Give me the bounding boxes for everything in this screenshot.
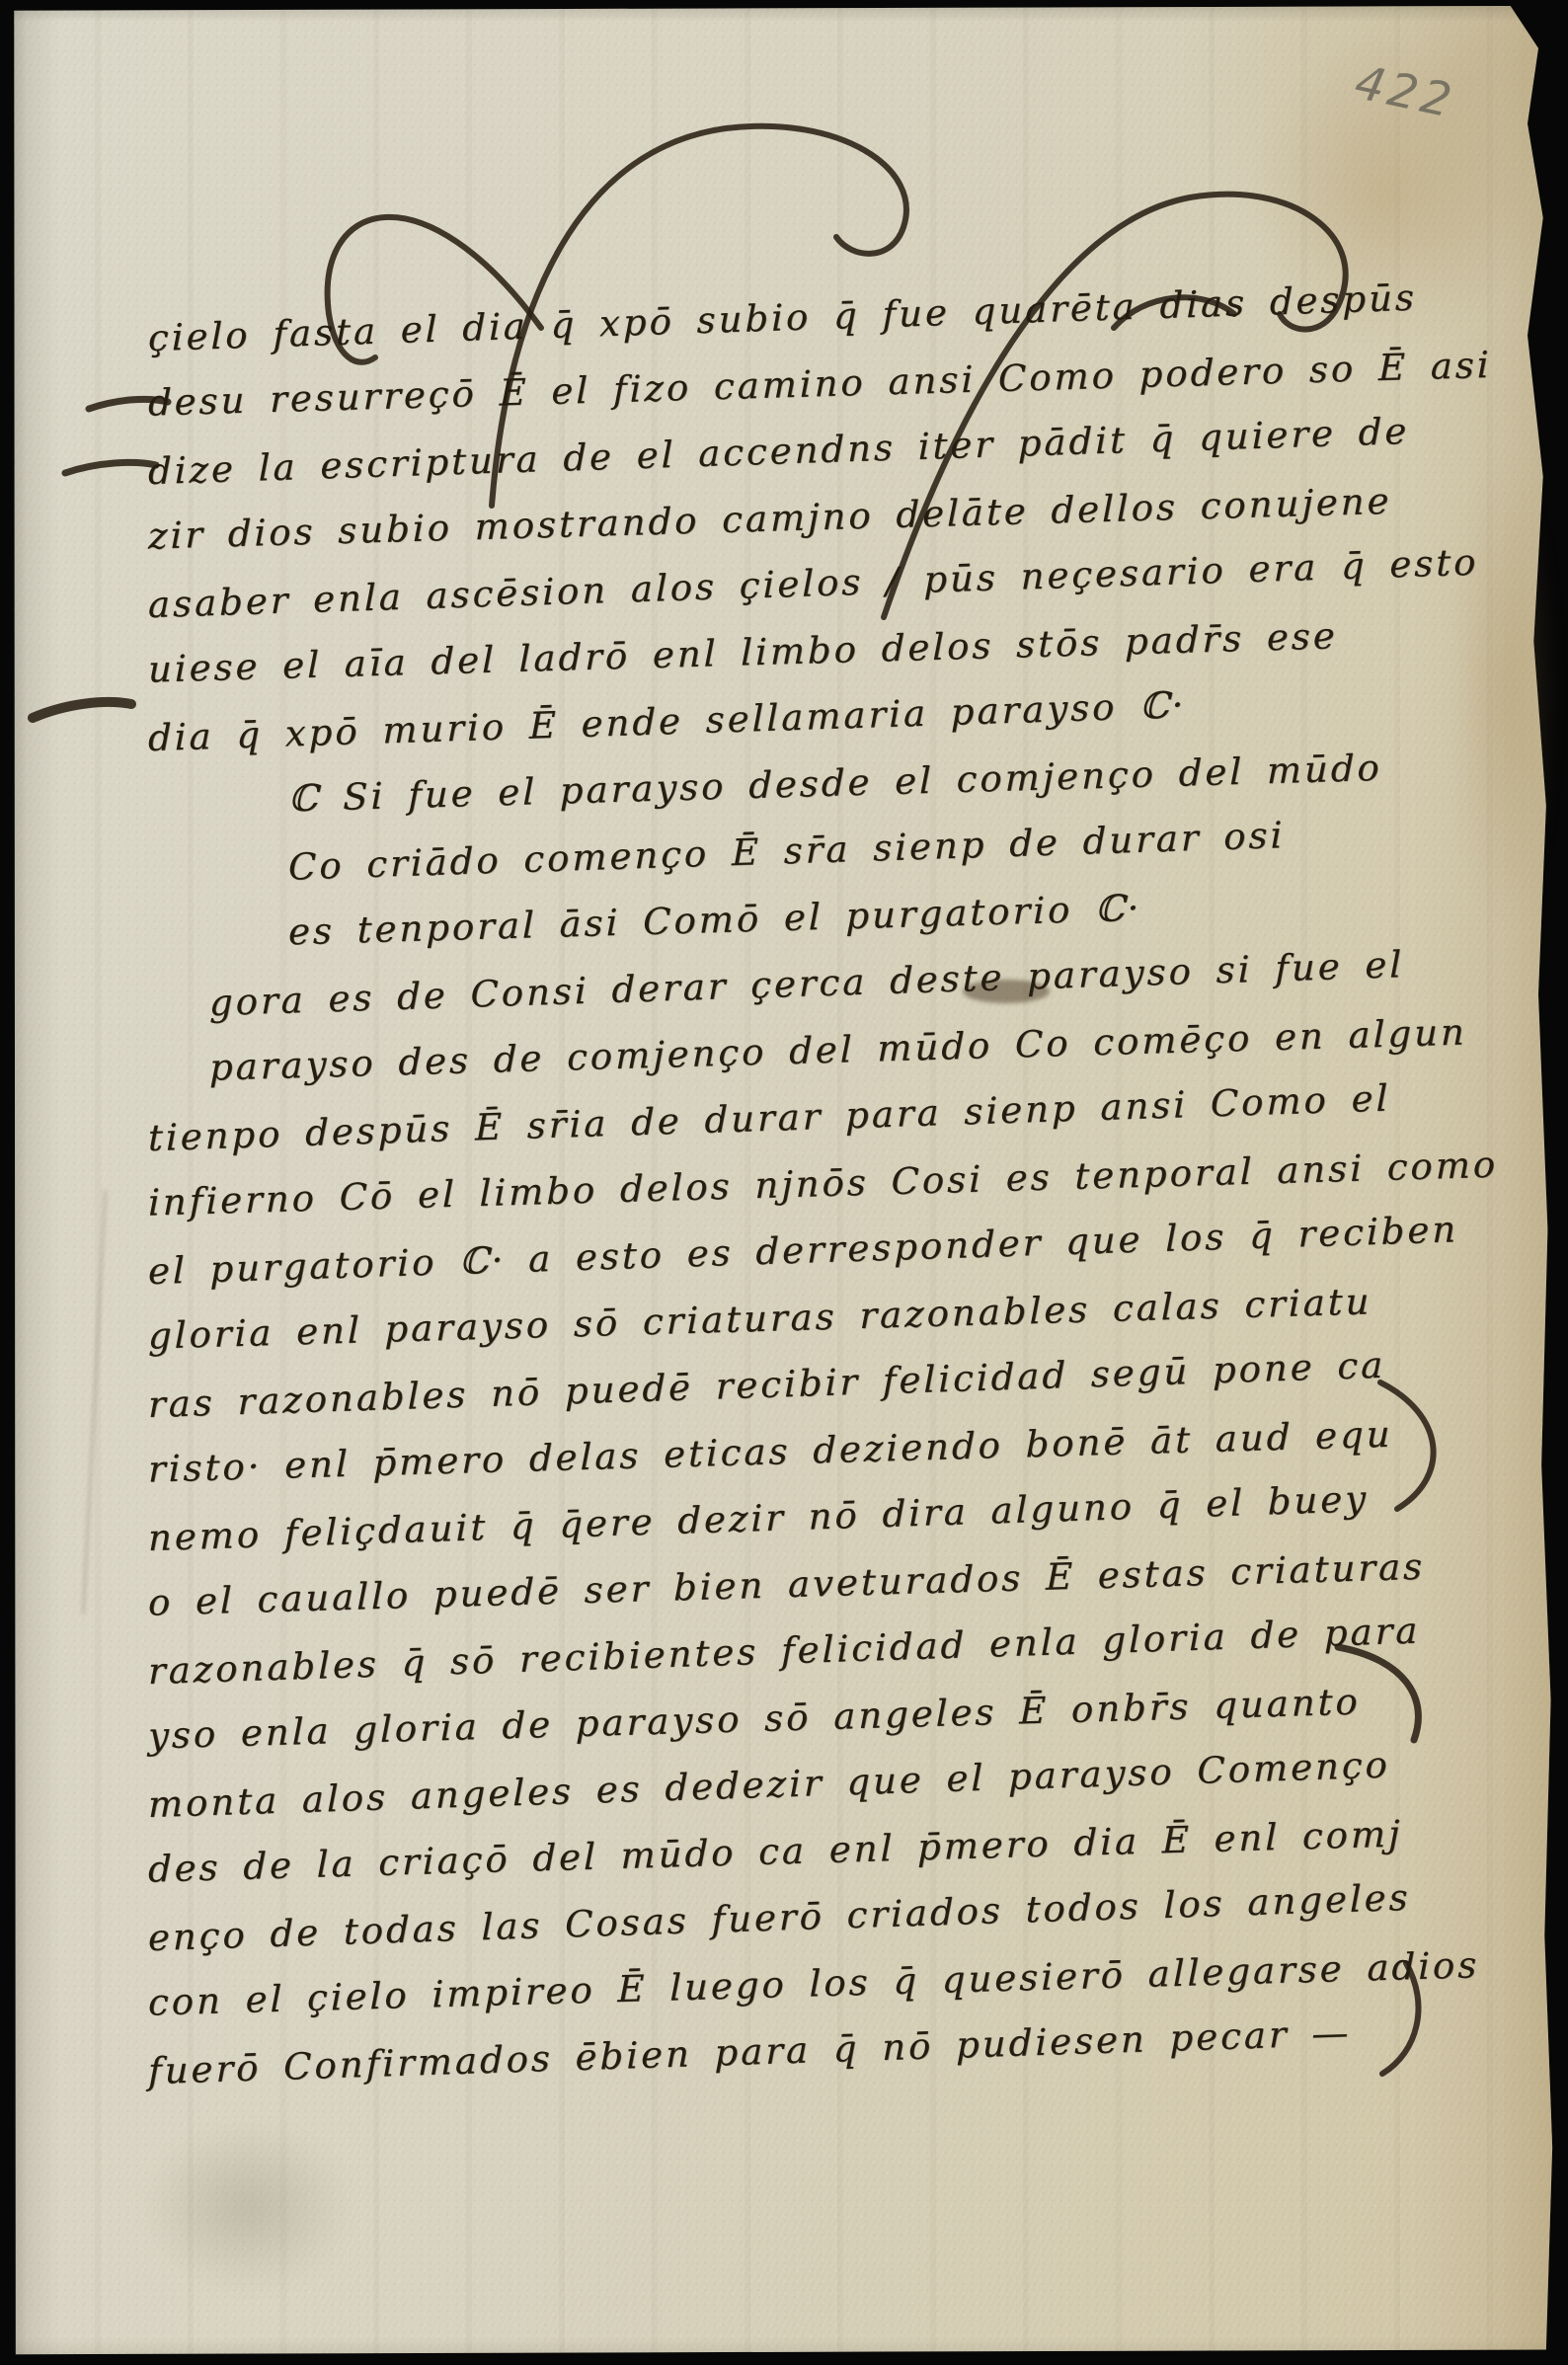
manuscript-text-block: çielo fasta el dia q̄ xpō subio q̄ fue q… — [148, 264, 1461, 2103]
screenshot-root: { "page": { "background_color": "#070707… — [0, 0, 1568, 2365]
